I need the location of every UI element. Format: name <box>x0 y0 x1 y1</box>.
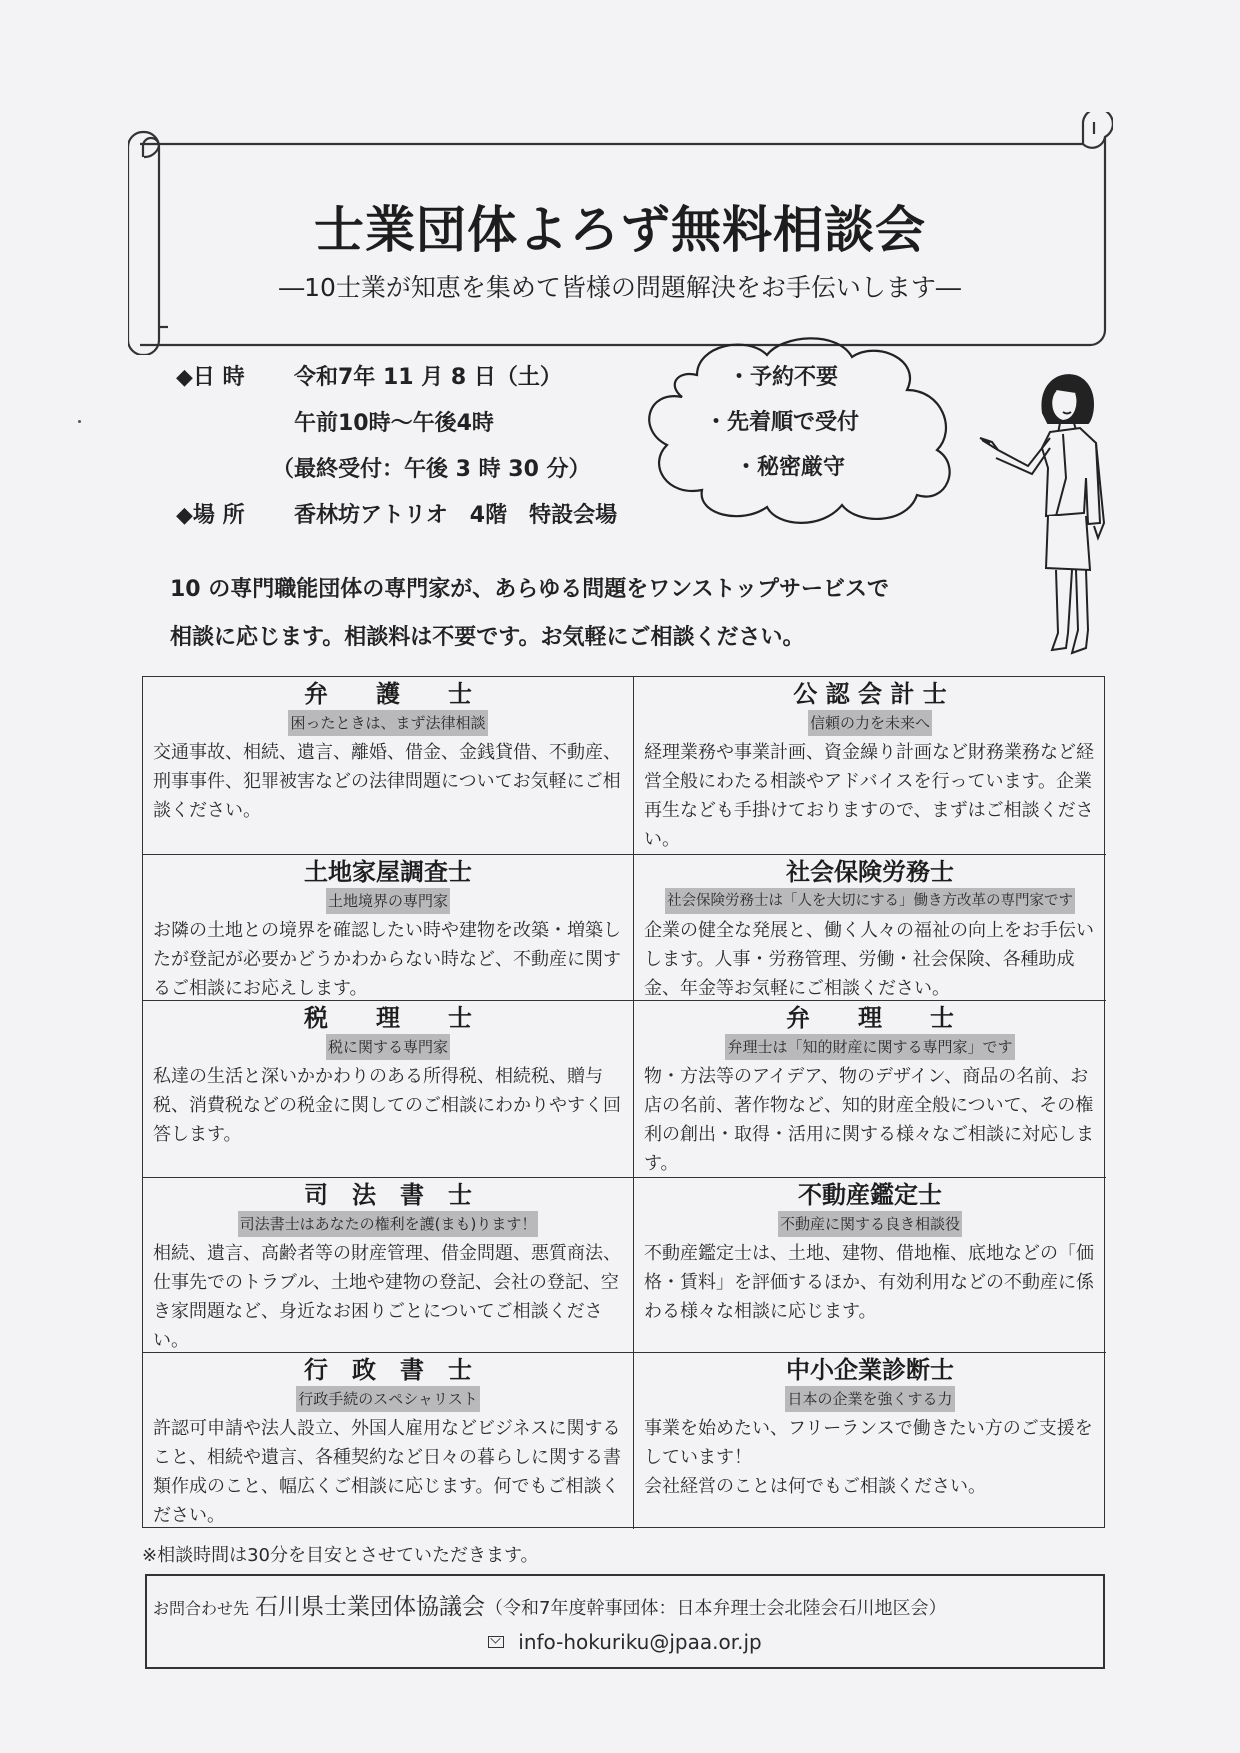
profession-description: 交通事故、相続、遺言、離婚、借金、金銭貸借、不動産、刑事事件、犯罪被害などの法律… <box>153 738 623 825</box>
scan-speck <box>78 420 81 423</box>
profession-cell-real-estate-appraiser: 不動産鑑定士 不動産に関する良き相談役 不動産鑑定士は、土地、建物、借地権、底地… <box>634 1178 1106 1353</box>
intro-line-1: 10 の専門職能団体の専門家が、あらゆる問題をワンストップサービスで <box>170 572 889 603</box>
cloud-point-1: ・予約不要 <box>728 360 838 391</box>
profession-cell-cpa: 公 認 会 計 士 信頼の力を未来へ 経理業務や事業計画、資金繰り計画など財務業… <box>634 677 1106 855</box>
place-row: ◆場 所香林坊アトリオ 4階 特設会場 <box>176 498 617 529</box>
profession-cell-sme-consultant: 中小企業診断士 日本の企業を強くする力 事業を始めたい、フリーランスで働きたい方… <box>634 1353 1106 1529</box>
profession-cell-land-surveyor: 土地家屋調査士 土地境界の専門家 お隣の土地との境界を確認したい時や建物を改築・… <box>143 855 634 1001</box>
profession-tagline: 日本の企業を強くする力 <box>785 1386 954 1412</box>
profession-description: 相続、遺言、高齢者等の財産管理、借金問題、悪質商法、仕事先でのトラブル、土地や建… <box>153 1239 623 1353</box>
place-value: 香林坊アトリオ 4階 特設会場 <box>294 503 617 528</box>
presenter-icon <box>968 368 1118 658</box>
profession-title: 土地家屋調査士 <box>153 857 623 887</box>
profession-cell-tax-accountant: 税 理 士 税に関する専門家 私達の生活と深いかかわりのある所得税、相続税、贈与… <box>143 1001 634 1178</box>
profession-title: 中小企業診断士 <box>644 1355 1096 1385</box>
profession-tagline: 社会保険労務士は「人を大切にする」働き方改革の専門家です <box>665 888 1075 914</box>
profession-description: お隣の土地との境界を確認したい時や建物を改築・増築したが登記が必要かどうかわから… <box>153 916 623 1001</box>
profession-tagline: 行政手続のスペシャリスト <box>296 1386 479 1412</box>
cloud-point-3: ・秘密厳守 <box>735 450 845 481</box>
date-row: ◆日 時令和7年 11 月 8 日（土） <box>176 360 562 391</box>
cloud-point-2: ・先着順で受付 <box>705 405 859 436</box>
profession-description: 物・方法等のアイデア、物のデザイン、商品の名前、お店の名前、著作物など、知的財産… <box>644 1062 1096 1178</box>
woman-pointing-illustration <box>968 368 1118 662</box>
profession-description: 不動産鑑定士は、土地、建物、借地権、底地などの「価格・賃料」を評価するほか、有効… <box>644 1239 1096 1326</box>
profession-description: 事業を始めたい、フリーランスで働きたい方のご支援をしています！ 会社経営のことは… <box>644 1414 1096 1501</box>
contact-line: お問合わせ先石川県士業団体協議会（令和7年度幹事団体：日本弁理士会北陸会石川地区… <box>153 1588 946 1621</box>
profession-cell-patent-attorney: 弁 理 士 弁理士は「知的財産に関する専門家」です 物・方法等のアイデア、物のデ… <box>634 1001 1106 1178</box>
contact-organizer-note: （令和7年度幹事団体：日本弁理士会北陸会石川地区会） <box>485 1598 946 1619</box>
speech-cloud: ・予約不要 ・先着順で受付 ・秘密厳守 <box>637 335 977 525</box>
profession-title: 公 認 会 計 士 <box>644 679 1096 709</box>
profession-title: 司 法 書 士 <box>153 1180 623 1210</box>
profession-tagline: 土地境界の専門家 <box>326 888 450 914</box>
date-value: 令和7年 11 月 8 日（土） <box>294 365 562 390</box>
time-value: 午前10時～午後4時 <box>294 406 494 437</box>
profession-title: 社会保険労務士 <box>644 857 1096 887</box>
page-subtitle: ―10士業が知恵を集めて皆様の問題解決をお手伝いします― <box>0 268 1240 304</box>
consultation-time-note: ※相談時間は30分を目安とさせていただきます。 <box>142 1541 539 1567</box>
profession-description: 私達の生活と深いかかわりのある所得税、相続税、贈与税、消費税などの税金に関しての… <box>153 1062 623 1149</box>
place-label: ◆場 所 <box>176 498 294 529</box>
contact-box: お問合わせ先石川県士業団体協議会（令和7年度幹事団体：日本弁理士会北陸会石川地区… <box>145 1574 1105 1669</box>
profession-title: 弁 理 士 <box>644 1003 1096 1033</box>
mail-icon <box>488 1636 504 1648</box>
date-label: ◆日 時 <box>176 360 294 391</box>
profession-cell-judicial-scrivener: 司 法 書 士 司法書士はあなたの権利を護(まも)ります！ 相続、遺言、高齢者等… <box>143 1178 634 1353</box>
intro-line-2: 相談に応じます。相談料は不要です。お気軽にご相談ください。 <box>170 620 804 651</box>
profession-title: 税 理 士 <box>153 1003 623 1033</box>
profession-tagline: 司法書士はあなたの権利を護(まも)ります！ <box>238 1211 539 1237</box>
profession-description: 許認可申請や法人設立、外国人雇用などビジネスに関すること、相続や遺言、各種契約な… <box>153 1414 623 1529</box>
profession-tagline: 信頼の力を未来へ <box>808 710 932 736</box>
profession-tagline: 税に関する専門家 <box>326 1034 450 1060</box>
profession-tagline: 困ったときは、まず法律相談 <box>288 710 487 736</box>
profession-cell-labor-consultant: 社会保険労務士 社会保険労務士は「人を大切にする」働き方改革の専門家です 企業の… <box>634 855 1106 1001</box>
profession-tagline: 不動産に関する良き相談役 <box>778 1211 962 1237</box>
contact-lead: お問合わせ先 <box>153 1599 249 1618</box>
profession-title: 弁 護 士 <box>153 679 623 709</box>
profession-tagline: 弁理士は「知的財産に関する専門家」です <box>725 1034 1014 1060</box>
profession-cell-lawyer: 弁 護 士 困ったときは、まず法律相談 交通事故、相続、遺言、離婚、借金、金銭貸… <box>143 677 634 855</box>
profession-cell-administrative-scrivener: 行 政 書 士 行政手続のスペシャリスト 許認可申請や法人設立、外国人雇用などビ… <box>143 1353 634 1529</box>
last-entry-value: （最終受付：午後 3 時 30 分） <box>272 452 591 483</box>
profession-description: 企業の健全な発展と、働く人々の福祉の向上をお手伝いします。人事・労務管理、労働・… <box>644 916 1096 1001</box>
professions-table: 弁 護 士 困ったときは、まず法律相談 交通事故、相続、遺言、離婚、借金、金銭貸… <box>142 676 1105 1528</box>
profession-description: 経理業務や事業計画、資金繰り計画など財務業務など経営全般にわたる相談やアドバイス… <box>644 738 1096 854</box>
page-title: 士業団体よろず無料相談会 <box>0 190 1240 262</box>
profession-title: 行 政 書 士 <box>153 1355 623 1385</box>
contact-organization: 石川県士業団体協議会 <box>255 1594 485 1620</box>
contact-email-row: info-hokuriku@jpaa.or.jp <box>147 1630 1103 1654</box>
profession-title: 不動産鑑定士 <box>644 1180 1096 1210</box>
contact-email-link[interactable]: info-hokuriku@jpaa.or.jp <box>518 1630 761 1654</box>
